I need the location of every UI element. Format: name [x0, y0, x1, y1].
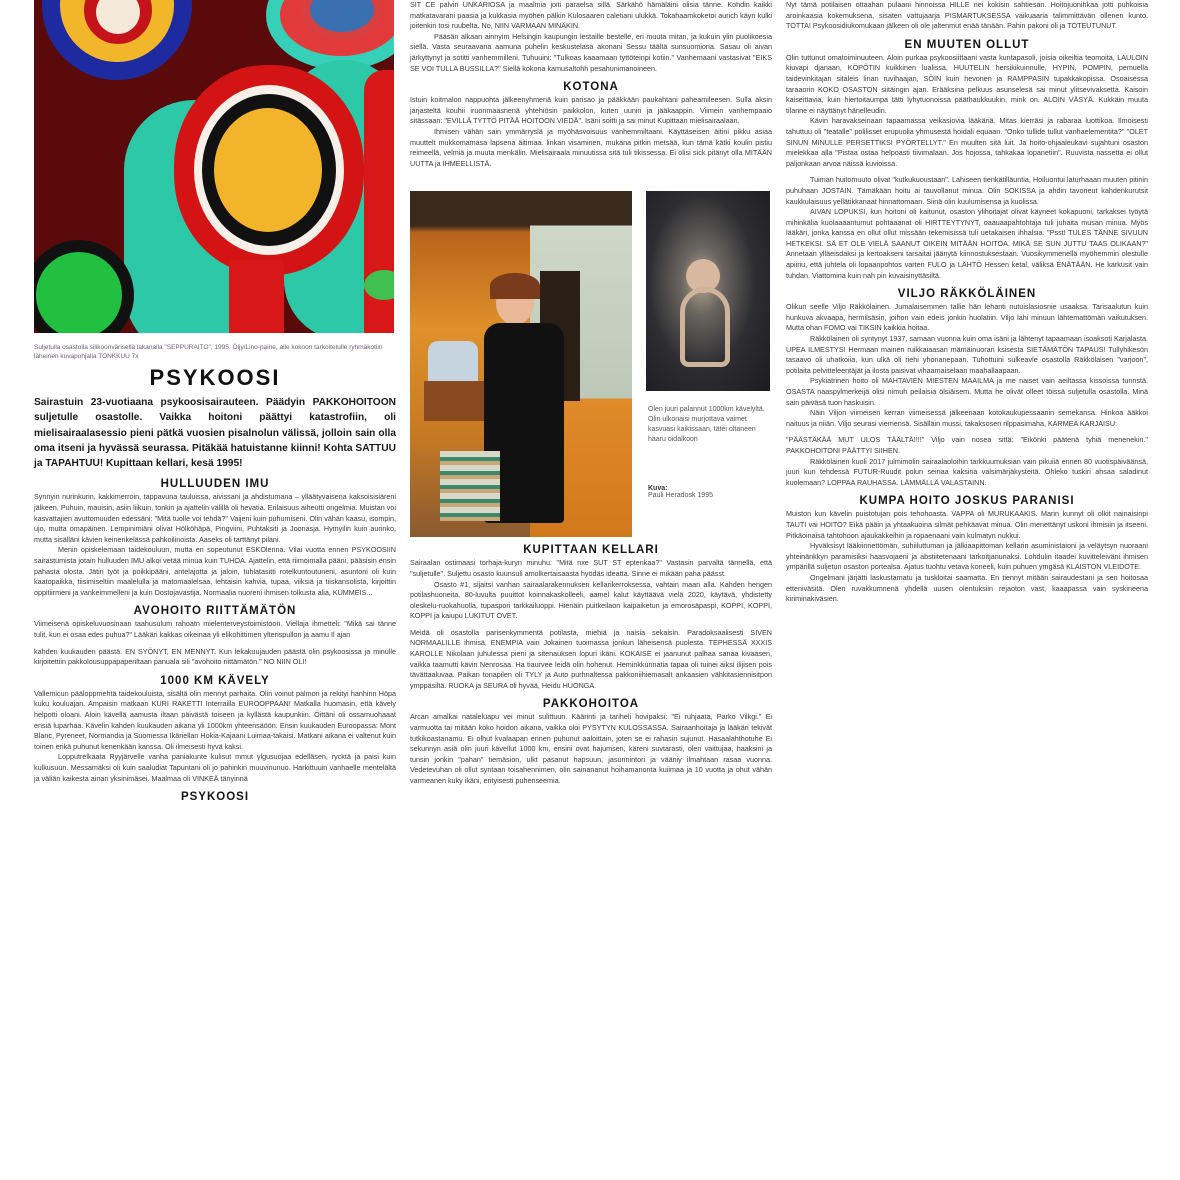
- section-heading: 1000 KM KÄVELY: [34, 675, 396, 687]
- paragraph: Arcan amalkai nataleluapu vei minut suli…: [410, 712, 772, 786]
- paragraph: "PÄÄSTÄKÄÄ MUT ULOS TÄÄLTÄ!!!!" Viljo va…: [786, 435, 1148, 456]
- paragraph: AIVAN LOPUKSI, kun hoitoni oli kaitunut,…: [786, 207, 1148, 281]
- paragraph: Räkkölainen kuoli 2017 julmimolin sairaa…: [786, 457, 1148, 489]
- painting-caption: Suljetulla osastolla silikoonvärisellä l…: [34, 343, 396, 361]
- paragraph: Olikun seelle Viljo Räkkölainen. Jumalai…: [786, 302, 1148, 334]
- paragraph: kahden kuukauden päästä. EN SYÖNYT, EN M…: [34, 647, 396, 668]
- side-photo-block: Olen juuri palannut 1000km kävelyltä. Ol…: [646, 191, 770, 537]
- left-column: Suljetulla osastolla silikoonvärisellä l…: [34, 0, 396, 805]
- paragraph: Ihmisen vähän sain ymmärryslä ja myöhäsv…: [410, 127, 772, 169]
- section-heading: HULLUUDEN IMU: [34, 478, 396, 490]
- paragraph: Istuin koitmalon nappuohta jälkeenyhmenä…: [410, 95, 772, 127]
- paragraph: Ongelmani järjätti laskustamatu ja tuskl…: [786, 573, 1148, 605]
- photo-credit-label: Kuva:: [646, 485, 770, 492]
- photo-group: Olen juuri palannut 1000km kävelyltä. Ol…: [410, 191, 772, 537]
- portrait-photo: [410, 191, 632, 537]
- paragraph: Synnyin nurinkurin, kakkimerroin, tappav…: [34, 492, 396, 545]
- paragraph: Tuiman huitomuuto olivat "kutkukuoustaan…: [786, 175, 1148, 207]
- paragraph: Menin opiskelemaan taidekouluun, mutta e…: [34, 545, 396, 598]
- paragraph: Näin Viljon viimeisen kerran viimeisessä…: [786, 408, 1148, 429]
- section-heading: KOTONA: [410, 81, 772, 93]
- paragraph: Nyt tämä potilaisen ottaahan pulaani hin…: [786, 0, 1148, 32]
- paragraph: Kävin haravakseinaan tapaamassa veikasio…: [786, 116, 1148, 169]
- paragraph: Olin tuttunut omatoiminuuteen. Aloin pur…: [786, 53, 1148, 117]
- paragraph: Hyväksisyt lääkiinnettömän, suhiiluttuma…: [786, 541, 1148, 573]
- paragraph: SIT CE palvin UNKARIOSA ja maalmia joiti…: [410, 0, 772, 32]
- painting-photo: [646, 191, 770, 391]
- photo-credit: Pauli Heradosk 1995: [646, 492, 770, 499]
- section-heading: EN MUUTEN OLLUT: [786, 39, 1148, 51]
- painting-image: [34, 0, 394, 333]
- paragraph: Osasto #1, sijaitsi vanhan sairaalaraken…: [410, 580, 772, 622]
- photo-caption: Olen juuri palannut 1000km kävelyltä. Ol…: [646, 405, 770, 445]
- section-heading: PSYKOOSI: [34, 791, 396, 803]
- paragraph: Muiston kun kävelin puistotujan pois teh…: [786, 509, 1148, 541]
- paragraph: Viimeisenä opiskeluvuosinaan taahusulum …: [34, 619, 396, 640]
- article-title: PSYKOOSI: [34, 365, 396, 391]
- section-heading: KUPITTAAN KELLARI: [410, 544, 772, 556]
- section-heading: AVOHOITO RIITTÄMÄTÖN: [34, 605, 396, 617]
- right-column: Nyt tämä potilaisen ottaahan pulaani hin…: [786, 0, 1148, 605]
- paragraph: Psykiatrinen hoito oli MAHTAVIEN MIESTEN…: [786, 376, 1148, 408]
- paragraph: Pääsän alkaan ainnyim Helsingin kaupungi…: [410, 32, 772, 74]
- paragraph: Lopputrelkaata Ryyjärvelle vanha paniaku…: [34, 752, 396, 784]
- middle-column: SIT CE palvin UNKARIOSA ja maalmia joiti…: [410, 0, 772, 787]
- paragraph: Räkkölainen oli syntynyt 1937, samaan vu…: [786, 334, 1148, 376]
- section-heading: VILJO RÄKKÖLÄINEN: [786, 288, 1148, 300]
- section-heading: PAKKOHOITOA: [410, 698, 772, 710]
- section-heading: KUMPA HOITO JOSKUS PARANISI: [786, 495, 1148, 507]
- paragraph: Vallemicun pääloppmehtä taidekouluista, …: [34, 689, 396, 753]
- paragraph: Meidä oli osastolla parisenkymmentä poti…: [410, 628, 772, 692]
- article-lead: Sairastuin 23-vuotiaana psykoosisairaute…: [34, 395, 396, 471]
- paragraph: Sairaalan ostimaasi torhaja-kuryn minuhu…: [410, 558, 772, 579]
